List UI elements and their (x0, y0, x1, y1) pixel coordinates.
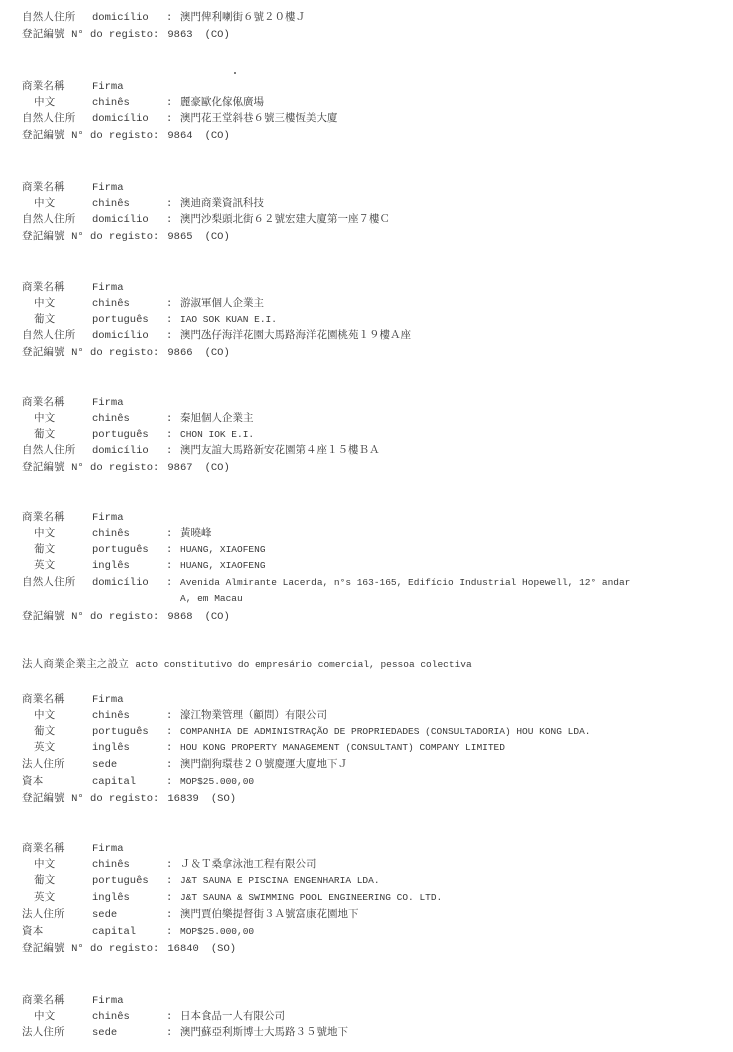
domicilio-label-pt: domicílio (92, 10, 166, 26)
domicilio-label-pt: domicílio (92, 328, 166, 344)
firma-label-zh: 商業名稱 (22, 179, 92, 195)
colon: : (166, 924, 180, 940)
domicilio-value: 澳門花王堂斜巷６號三樓恆美大廈 (180, 112, 338, 124)
colon: : (166, 212, 180, 228)
gazette-page: 自然人住所domicílio:澳門俾利喇街６號２０樓Ｊ 登記編號 N° do r… (0, 0, 733, 1052)
firma-label-pt: Firma (92, 843, 124, 855)
firma-label-zh: 商業名稱 (22, 78, 92, 94)
sede-value: 澳門賈伯樂提督街３Ａ號富康花園地下 (180, 908, 359, 920)
firma-label-pt: Firma (92, 282, 124, 294)
registo-number: 16839 (167, 791, 199, 807)
registo-label-pt: N° do registo: (71, 611, 159, 623)
ingles-label-zh: 英文 (22, 739, 92, 755)
chines-value: 日本食品一人有限公司 (180, 1010, 285, 1022)
portugues-value: J&T SAUNA E PISCINA ENGENHARIA LDA. (180, 875, 380, 886)
registo-label-zh: 登記編號 (22, 610, 65, 622)
registo-type: (SO) (211, 791, 236, 807)
chines-value: 濠江物業管理（顧問）有限公司 (180, 709, 327, 721)
scan-speck (234, 72, 236, 74)
firma-label-zh: 商業名稱 (22, 691, 92, 707)
capital-label-pt: capital (92, 924, 166, 940)
chines-value: 澳迪商業資訊科技 (180, 197, 264, 209)
entry-9868-portugues: 葡文português:HUANG, XIAOFENG (22, 541, 266, 557)
chines-label-pt: chinês (92, 526, 166, 542)
registo-label-pt: N° do registo: (71, 943, 159, 955)
capital-value: MOP$25.000,00 (180, 776, 254, 787)
colon: : (166, 10, 180, 26)
company-16839-capital: 資本capital:MOP$25.000,00 (22, 773, 254, 789)
entry-9866-chines: 中文chinês:游淑軍個人企業主 (22, 295, 264, 311)
portugues-value: IAO SOK KUAN E.I. (180, 314, 277, 325)
registo-number: 9865 (167, 229, 192, 245)
registo-type: (SO) (211, 941, 236, 957)
company-16840-ingles: 英文inglês:J&T SAUNA & SWIMMING POOL ENGIN… (22, 889, 442, 905)
colon: : (166, 111, 180, 127)
entry-9866-registo: 登記編號 N° do registo:9866(CO) (22, 344, 230, 360)
sede-label-zh: 法人住所 (22, 756, 92, 772)
chines-label-pt: chinês (92, 1009, 166, 1025)
registo-number: 9867 (167, 460, 192, 476)
entry-9867-domicilio: 自然人住所domicílio:澳門友誼大馬路新安花園第４座１５樓ＢＡ (22, 442, 380, 458)
registo-label-pt: N° do registo: (71, 347, 159, 359)
company-16839-sede: 法人住所sede:澳門劏狗環巷２０號慶運大廈地下Ｊ (22, 756, 348, 772)
ingles-value: J&T SAUNA & SWIMMING POOL ENGINEERING CO… (180, 892, 442, 903)
firma-label-pt: Firma (92, 995, 124, 1007)
firma-label-pt: Firma (92, 81, 124, 93)
chines-label-zh: 中文 (22, 94, 92, 110)
chines-value: 游淑軍個人企業主 (180, 297, 264, 309)
chines-label-zh: 中文 (22, 525, 92, 541)
registo-label-zh: 登記編號 (22, 942, 65, 954)
colon: : (166, 443, 180, 459)
ingles-value: HUANG, XIAOFENG (180, 560, 266, 571)
firma-label-pt: Firma (92, 397, 124, 409)
registo-number: 9863 (167, 27, 192, 43)
portugues-value: CHON IOK E.I. (180, 429, 254, 440)
colon: : (166, 196, 180, 212)
section-heading: 法人商業企業主之設立 acto constitutivo do empresár… (22, 656, 472, 672)
chines-label-pt: chinês (92, 95, 166, 111)
entry-9868-domicilio-cont: A, em Macau (180, 591, 243, 607)
registo-type: (CO) (205, 460, 230, 476)
portugues-label-pt: português (92, 873, 166, 889)
capital-label-zh: 資本 (22, 773, 92, 789)
chines-label-zh: 中文 (22, 295, 92, 311)
domicilio-value: 澳門俾利喇街６號２０樓Ｊ (180, 11, 306, 23)
section-heading-pt: acto constitutivo do empresário comercia… (135, 659, 471, 670)
entry-9865-firma: 商業名稱Firma (22, 179, 124, 195)
sede-label-zh: 法人住所 (22, 1024, 92, 1040)
chines-label-zh: 中文 (22, 410, 92, 426)
domicilio-label-pt: domicílio (92, 111, 166, 127)
domicilio-value-line2: A, em Macau (180, 593, 243, 604)
registo-label-zh: 登記編號 (22, 792, 65, 804)
entry-9863-domicilio: 自然人住所domicílio:澳門俾利喇街６號２０樓Ｊ (22, 9, 306, 25)
domicilio-label-zh: 自然人住所 (22, 211, 92, 227)
ingles-label-zh: 英文 (22, 557, 92, 573)
company-16840-sede: 法人住所sede:澳門賈伯樂提督街３Ａ號富康花園地下 (22, 906, 359, 922)
domicilio-label-pt: domicílio (92, 443, 166, 459)
company-16839-portugues: 葡文português:COMPANHIA DE ADMINISTRAÇÃO D… (22, 723, 590, 739)
company-16840-registo: 登記編號 N° do registo:16840(SO) (22, 940, 236, 956)
domicilio-label-zh: 自然人住所 (22, 110, 92, 126)
company-16839-ingles: 英文inglês:HOU KONG PROPERTY MANAGEMENT (C… (22, 739, 505, 755)
capital-label-zh: 資本 (22, 923, 92, 939)
entry-9867-registo: 登記編號 N° do registo:9867(CO) (22, 459, 230, 475)
chines-value: Ｊ＆Ｔ桑拿泳池工程有限公司 (180, 858, 317, 870)
sede-value: 澳門劏狗環巷２０號慶運大廈地下Ｊ (180, 758, 348, 770)
entry-9868-registo: 登記編號 N° do registo:9868(CO) (22, 608, 230, 624)
entry-9863-registo: 登記編號 N° do registo:9863(CO) (22, 26, 230, 42)
portugues-label-pt: português (92, 724, 166, 740)
firma-label-pt: Firma (92, 182, 124, 194)
portugues-label-zh: 葡文 (22, 311, 92, 327)
entry-9865-registo: 登記編號 N° do registo:9865(CO) (22, 228, 230, 244)
entry-9864-firma: 商業名稱Firma (22, 78, 124, 94)
firma-label-pt: Firma (92, 694, 124, 706)
registo-number: 9864 (167, 128, 192, 144)
registo-label-pt: N° do registo: (71, 29, 159, 41)
colon: : (166, 1025, 180, 1041)
colon: : (166, 907, 180, 923)
capital-value: MOP$25.000,00 (180, 926, 254, 937)
firma-label-zh: 商業名稱 (22, 509, 92, 525)
ingles-label-pt: inglês (92, 740, 166, 756)
chines-label-zh: 中文 (22, 856, 92, 872)
registo-type: (CO) (205, 229, 230, 245)
colon: : (166, 296, 180, 312)
registo-label-pt: N° do registo: (71, 462, 159, 474)
colon: : (166, 427, 180, 443)
entry-9868-domicilio: 自然人住所domicílio:Avenida Almirante Lacerda… (22, 574, 630, 590)
colon: : (166, 558, 180, 574)
company-3-firma: 商業名稱Firma (22, 992, 124, 1008)
section-heading-zh: 法人商業企業主之設立 (22, 658, 129, 670)
company-3-sede: 法人住所sede:澳門蘇亞利斯博士大馬路３５號地下 (22, 1024, 348, 1040)
entry-9868-chines: 中文chinês:黃曉峰 (22, 525, 212, 541)
registo-number: 16840 (167, 941, 199, 957)
portugues-label-pt: português (92, 312, 166, 328)
domicilio-value: 澳門沙梨頭北街６２號宏建大廈第一座７樓Ｃ (180, 213, 390, 225)
colon: : (166, 873, 180, 889)
registo-label-pt: N° do registo: (71, 793, 159, 805)
entry-9865-chines: 中文chinês:澳迪商業資訊科技 (22, 195, 264, 211)
chines-label-zh: 中文 (22, 195, 92, 211)
sede-label-pt: sede (92, 1025, 166, 1041)
company-16840-chines: 中文chinês:Ｊ＆Ｔ桑拿泳池工程有限公司 (22, 856, 317, 872)
company-16839-firma: 商業名稱Firma (22, 691, 124, 707)
company-16839-chines: 中文chinês:濠江物業管理（顧問）有限公司 (22, 707, 327, 723)
chines-label-pt: chinês (92, 411, 166, 427)
colon: : (166, 542, 180, 558)
firma-label-zh: 商業名稱 (22, 279, 92, 295)
ingles-label-zh: 英文 (22, 889, 92, 905)
ingles-value: HOU KONG PROPERTY MANAGEMENT (CONSULTANT… (180, 742, 505, 753)
registo-number: 9868 (167, 609, 192, 625)
registo-label-zh: 登記編號 (22, 461, 65, 473)
entry-9868-firma: 商業名稱Firma (22, 509, 124, 525)
portugues-label-zh: 葡文 (22, 426, 92, 442)
colon: : (166, 95, 180, 111)
colon: : (166, 857, 180, 873)
capital-label-pt: capital (92, 774, 166, 790)
firma-label-zh: 商業名稱 (22, 394, 92, 410)
entry-9866-portugues: 葡文português:IAO SOK KUAN E.I. (22, 311, 277, 327)
chines-label-pt: chinês (92, 857, 166, 873)
colon: : (166, 740, 180, 756)
sede-label-zh: 法人住所 (22, 906, 92, 922)
ingles-label-pt: inglês (92, 890, 166, 906)
chines-label-pt: chinês (92, 296, 166, 312)
company-3-chines: 中文chinês:日本食品一人有限公司 (22, 1008, 285, 1024)
company-16839-registo: 登記編號 N° do registo:16839(SO) (22, 790, 236, 806)
company-16840-firma: 商業名稱Firma (22, 840, 124, 856)
colon: : (166, 328, 180, 344)
registo-type: (CO) (205, 345, 230, 361)
portugues-label-zh: 葡文 (22, 723, 92, 739)
ingles-label-pt: inglês (92, 558, 166, 574)
colon: : (166, 724, 180, 740)
domicilio-label-pt: domicílio (92, 575, 166, 591)
entry-9867-portugues: 葡文português:CHON IOK E.I. (22, 426, 254, 442)
sede-label-pt: sede (92, 907, 166, 923)
chines-label-pt: chinês (92, 708, 166, 724)
entry-9864-chines: 中文chinês:麗豪歐化傢俬廣場 (22, 94, 264, 110)
firma-label-zh: 商業名稱 (22, 992, 92, 1008)
registo-label-zh: 登記編號 (22, 230, 65, 242)
portugues-label-zh: 葡文 (22, 872, 92, 888)
portugues-value: HUANG, XIAOFENG (180, 544, 266, 555)
domicilio-label-zh: 自然人住所 (22, 327, 92, 343)
chines-value: 麗豪歐化傢俬廣場 (180, 96, 264, 108)
domicilio-value: 澳門友誼大馬路新安花園第４座１５樓ＢＡ (180, 444, 380, 456)
entry-9867-firma: 商業名稱Firma (22, 394, 124, 410)
chines-value: 黃曉峰 (180, 527, 212, 539)
domicilio-label-zh: 自然人住所 (22, 9, 92, 25)
colon: : (166, 411, 180, 427)
sede-label-pt: sede (92, 757, 166, 773)
colon: : (166, 526, 180, 542)
firma-label-pt: Firma (92, 512, 124, 524)
domicilio-label-pt: domicílio (92, 212, 166, 228)
company-16840-capital: 資本capital:MOP$25.000,00 (22, 923, 254, 939)
registo-label-pt: N° do registo: (71, 231, 159, 243)
domicilio-label-zh: 自然人住所 (22, 574, 92, 590)
company-16840-portugues: 葡文português:J&T SAUNA E PISCINA ENGENHAR… (22, 872, 380, 888)
colon: : (166, 757, 180, 773)
domicilio-label-zh: 自然人住所 (22, 442, 92, 458)
portugues-label-pt: português (92, 427, 166, 443)
colon: : (166, 890, 180, 906)
domicilio-value: 澳門氹仔海洋花園大馬路海洋花園桃苑１９樓Ａ座 (180, 329, 411, 341)
registo-type: (CO) (205, 27, 230, 43)
entry-9868-ingles: 英文inglês:HUANG, XIAOFENG (22, 557, 266, 573)
registo-type: (CO) (205, 609, 230, 625)
chines-label-pt: chinês (92, 196, 166, 212)
entry-9867-chines: 中文chinês:秦旭個人企業主 (22, 410, 254, 426)
colon: : (166, 708, 180, 724)
colon: : (166, 575, 180, 591)
registo-label-zh: 登記編號 (22, 28, 65, 40)
chines-label-zh: 中文 (22, 707, 92, 723)
entry-9864-domicilio: 自然人住所domicílio:澳門花王堂斜巷６號三樓恆美大廈 (22, 110, 338, 126)
registo-label-pt: N° do registo: (71, 130, 159, 142)
registo-type: (CO) (205, 128, 230, 144)
firma-label-zh: 商業名稱 (22, 840, 92, 856)
portugues-value: COMPANHIA DE ADMINISTRAÇÃO DE PROPRIEDAD… (180, 726, 590, 737)
chines-value: 秦旭個人企業主 (180, 412, 254, 424)
domicilio-value-line1: Avenida Almirante Lacerda, n°s 163-165, … (180, 577, 630, 588)
registo-number: 9866 (167, 345, 192, 361)
entry-9864-registo: 登記編號 N° do registo:9864(CO) (22, 127, 230, 143)
colon: : (166, 774, 180, 790)
entry-9866-firma: 商業名稱Firma (22, 279, 124, 295)
chines-label-zh: 中文 (22, 1008, 92, 1024)
registo-label-zh: 登記編號 (22, 129, 65, 141)
colon: : (166, 1009, 180, 1025)
entry-9865-domicilio: 自然人住所domicílio:澳門沙梨頭北街６２號宏建大廈第一座７樓Ｃ (22, 211, 390, 227)
sede-value: 澳門蘇亞利斯博士大馬路３５號地下 (180, 1026, 348, 1038)
portugues-label-zh: 葡文 (22, 541, 92, 557)
colon: : (166, 312, 180, 328)
portugues-label-pt: português (92, 542, 166, 558)
entry-9866-domicilio: 自然人住所domicílio:澳門氹仔海洋花園大馬路海洋花園桃苑１９樓Ａ座 (22, 327, 411, 343)
registo-label-zh: 登記編號 (22, 346, 65, 358)
